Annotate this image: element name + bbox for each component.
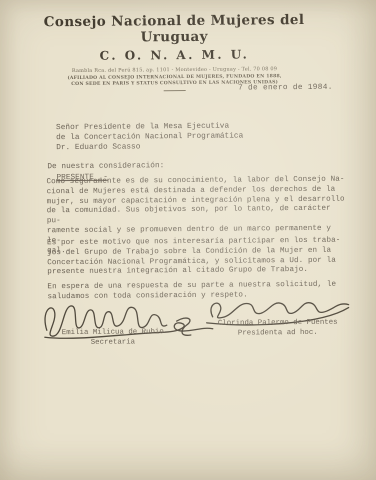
secretary-name: Emilia Milicua de Rubio [43,328,183,337]
letter-content: Consejo Nacional de Mujeres del Uruguay … [0,0,376,480]
scanned-letter-page: Consejo Nacional de Mujeres del Uruguay … [0,0,376,480]
recipient-lines: Señor Presidente de la Mesa Ejecutiva de… [56,123,243,153]
organization-acronym: C. O. N. A. M. U. [18,47,330,64]
body-paragraph-3: En espera de una respuesta de su parte a… [47,281,349,303]
signature-block-president: Clorinda Palermo de Puentes Presidenta a… [209,319,347,338]
letterhead: Consejo Nacional de Mujeres del Uruguay … [18,12,331,93]
organization-name: Consejo Nacional de Mujeres del Uruguay [18,12,330,47]
secretary-title: Secretaria [43,338,183,347]
signature-block-secretary: Emilia Milicua de Rubio Secretaria [43,328,183,347]
body-paragraph-2: Es por este motivo que nos interesaría p… [47,237,349,279]
president-name: Clorinda Palermo de Puentes [209,319,347,328]
date-line: 7 de enero de 1984. [238,84,333,93]
president-title: Presidenta ad hoc. [209,329,347,338]
salutation: De nuestra consideración: [47,162,164,171]
letterhead-divider [164,90,186,91]
recipient-block: Señor Presidente de la Mesa Ejecutiva de… [56,112,244,184]
